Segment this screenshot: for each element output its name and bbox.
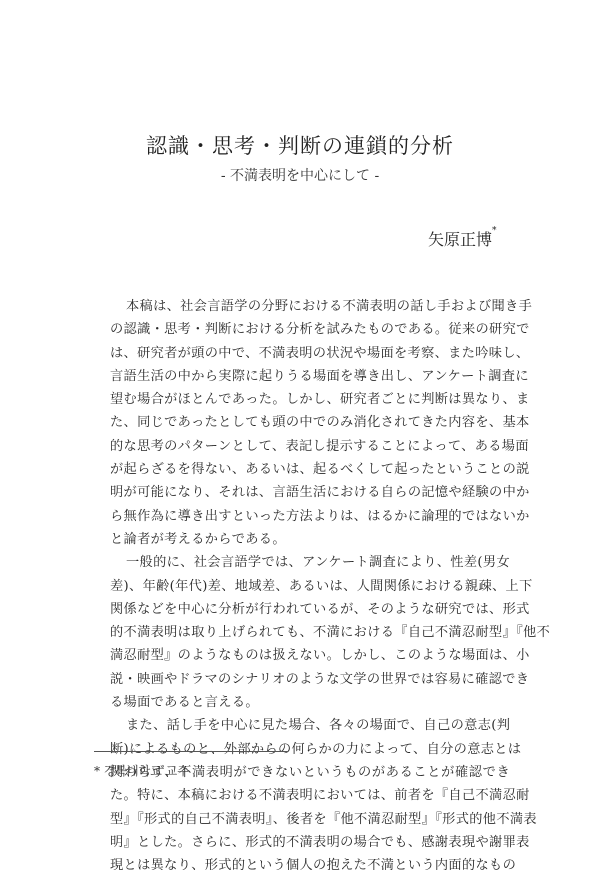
body-line: 断)によるものと、外部からの何らかの力によって、自分の意志とは xyxy=(110,738,510,761)
body-line: る場面であると言える。 xyxy=(110,691,510,714)
body-line: は、研究者が頭の中で、不満表明の状況や場面を考察、また吟味し、 xyxy=(110,342,510,365)
body-line: 望む場合がほとんであった。しかし、研究者ごとに判断は異なり、ま xyxy=(110,388,510,411)
body-line: 型』『形式的自己不満表明』、後者を『他不満忍耐型』『形式的他不満表 xyxy=(110,808,510,831)
footnote: * 경북대학교 교수 xyxy=(94,762,189,779)
body-line: 明が可能になり、それは、言語生活における自らの記憶や経験の中か xyxy=(110,481,510,504)
paper-title: 認識・思考・判断の連鎖的分析 xyxy=(0,130,600,160)
body-line: の認識・思考・判断における分析を試みたものである。従来の研究で xyxy=(110,318,510,341)
body-line: 明』とした。さらに、形式的不満表明の場合でも、感謝表現や謝罪表 xyxy=(110,831,510,854)
paper-subtitle: - 不満表明を中心にして - xyxy=(0,165,600,185)
body-line: と論者が考えるからである。 xyxy=(110,528,510,551)
footnote-text: 경북대학교 교수 xyxy=(104,764,189,778)
author-footnote-mark: * xyxy=(492,226,497,236)
body-line: 満忍耐型』のようなものは扱えない。しかし、このような場面は、小 xyxy=(110,644,510,667)
body-line: 本稿は、社会言語学の分野における不満表明の話し手および聞き手 xyxy=(110,295,510,318)
body-line: また、話し手を中心に見た場合、各々の場面で、自己の意志(判 xyxy=(110,714,510,737)
footnote-mark: * xyxy=(94,764,100,778)
body-line: 現とは異なり、形式的という個人の抱えた不満という内面的なもの xyxy=(110,854,510,870)
footnote-divider xyxy=(94,751,288,752)
body-line: 一般的に、社会言語学では、アンケート調査により、性差(男女 xyxy=(110,551,510,574)
body-line: 説・映画やドラマのシナリオのような文学の世界では容易に確認でき xyxy=(110,668,510,691)
body-line: 差)、年齢(年代)差、地域差、あるいは、人間関係における親疎、上下 xyxy=(110,575,510,598)
body-line: 関係などを中心に分析が行われているが、そのような研究では、形式 xyxy=(110,598,510,621)
abstract-body: 本稿は、社会言語学の分野における不満表明の話し手および聞き手 の認識・思考・判断… xyxy=(110,295,510,870)
body-line: 的な思考のパターンとして、表記し提示することによって、ある場面 xyxy=(110,435,510,458)
body-line: た、同じであったとしても頭の中でのみ消化されてきた内容を、基本 xyxy=(110,411,510,434)
author-name-text: 矢原正博 xyxy=(428,230,492,249)
body-line: ら無作為に導き出すといった方法よりは、はるかに論理的ではないか xyxy=(110,505,510,528)
body-line: 言語生活の中から実際に起りうる場面を導き出し、アンケート調査に xyxy=(110,365,510,388)
body-line: た。特に、本稿における不満表明においては、前者を『自己不満忍耐 xyxy=(110,784,510,807)
body-line: が起らざるを得ない、あるいは、起るべくして起ったということの説 xyxy=(110,458,510,481)
author-name: 矢原正博* xyxy=(428,227,497,250)
body-line: 的不満表明は取り上げられても、不満における『自己不満忍耐型』『他不 xyxy=(110,621,510,644)
